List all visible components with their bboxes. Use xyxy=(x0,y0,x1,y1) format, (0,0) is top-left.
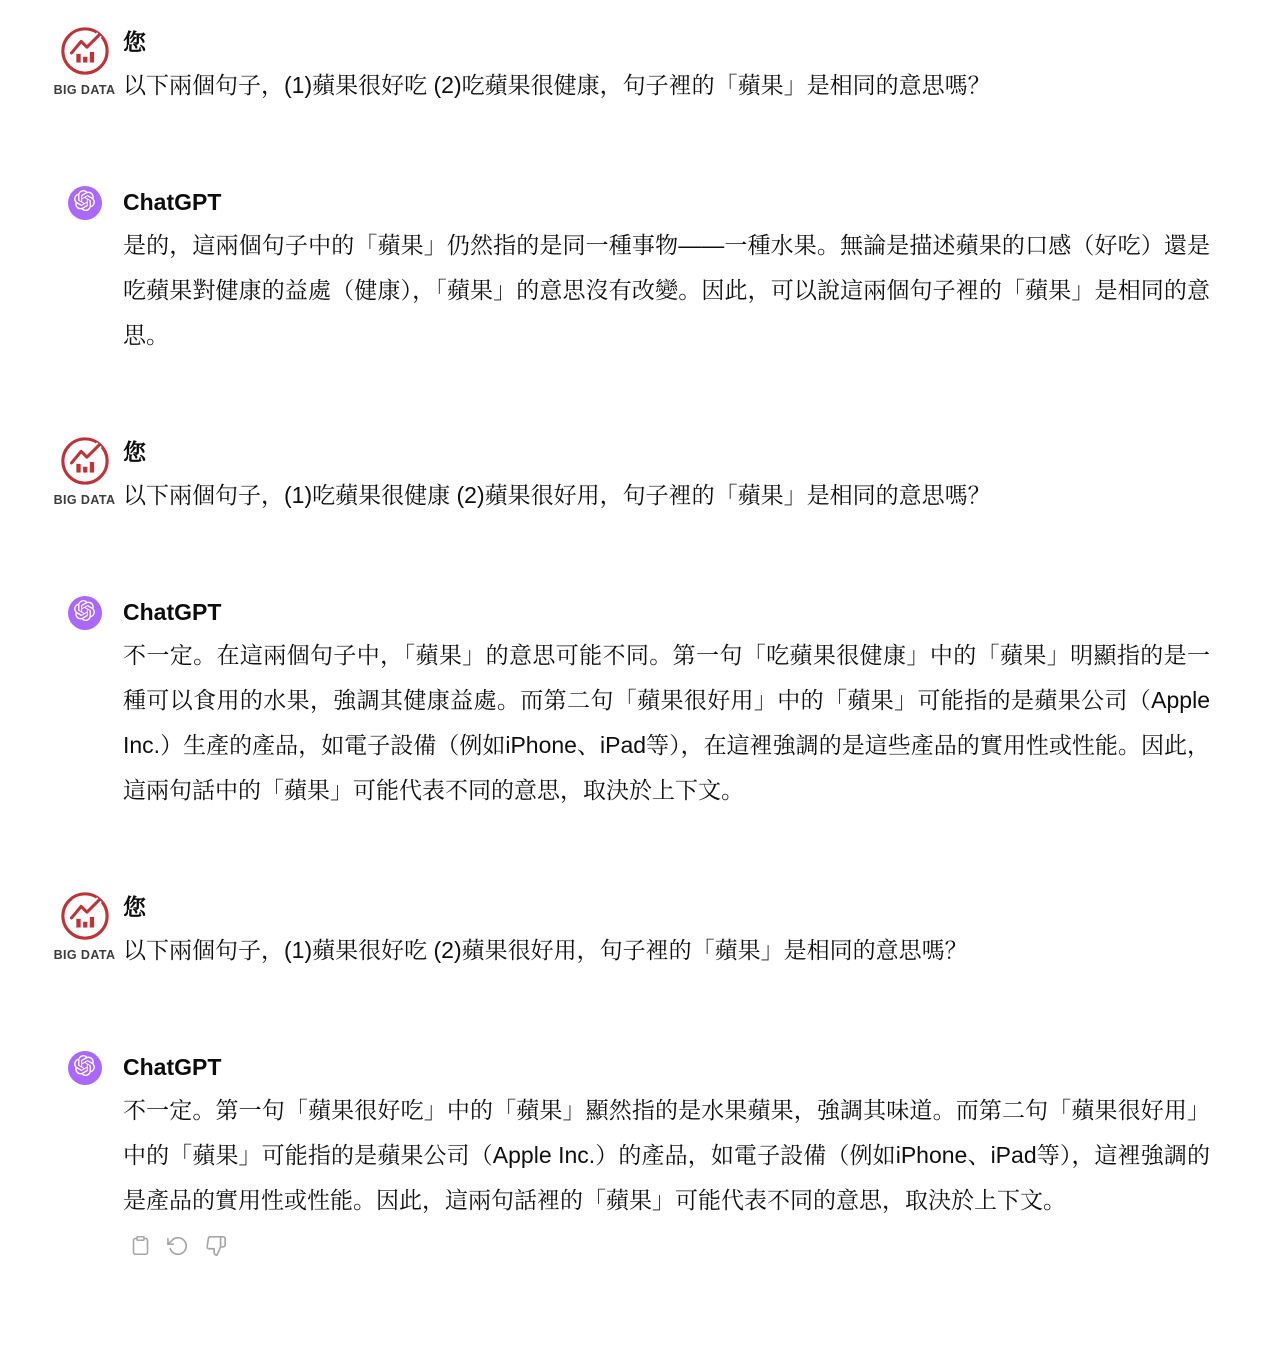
message-author: 您 xyxy=(123,891,1210,923)
message-actions xyxy=(129,1235,1210,1259)
user-message: BIG DATA 您 以下兩個句子，(1)蘋果很好吃 (2)蘋果很好用，句子裡的… xyxy=(46,891,1214,973)
chatgpt-avatar xyxy=(68,1051,102,1085)
message-author: 您 xyxy=(123,436,1210,468)
user-avatar: BIG DATA xyxy=(46,436,123,507)
assistant-message: ChatGPT 是的，這兩個句子中的「蘋果」仍然指的是同一種事物——一種水果。無… xyxy=(46,186,1214,358)
thumbs-down-button[interactable] xyxy=(205,1235,227,1259)
regenerate-button[interactable] xyxy=(167,1235,189,1259)
thumbs-down-icon xyxy=(205,1235,227,1260)
copy-button[interactable] xyxy=(129,1235,151,1259)
big-data-logo xyxy=(60,891,110,946)
user-avatar: BIG DATA xyxy=(46,891,123,962)
big-data-logo-caption: BIG DATA xyxy=(54,83,116,97)
user-message: BIG DATA 您 以下兩個句子，(1)吃蘋果很健康 (2)蘋果很好用，句子裡… xyxy=(46,436,1214,518)
message-text: 以下兩個句子，(1)蘋果很好吃 (2)吃蘋果很健康，句子裡的「蘋果」是相同的意思… xyxy=(123,63,1210,108)
chatgpt-avatar xyxy=(68,186,102,220)
big-data-logo-caption: BIG DATA xyxy=(54,493,116,507)
message-text: 以下兩個句子，(1)吃蘋果很健康 (2)蘋果很好用，句子裡的「蘋果」是相同的意思… xyxy=(123,473,1210,518)
message-text: 不一定。第一句「蘋果很好吃」中的「蘋果」顯然指的是水果蘋果，強調其味道。而第二句… xyxy=(123,1088,1210,1223)
message-author: 您 xyxy=(123,26,1210,58)
big-data-logo xyxy=(60,26,110,81)
chatgpt-avatar xyxy=(68,596,102,630)
openai-logo-icon xyxy=(74,1055,95,1081)
user-message: BIG DATA 您 以下兩個句子，(1)蘋果很好吃 (2)吃蘋果很健康，句子裡… xyxy=(46,26,1214,108)
assistant-message: ChatGPT 不一定。第一句「蘋果很好吃」中的「蘋果」顯然指的是水果蘋果，強調… xyxy=(46,1051,1214,1259)
message-author: ChatGPT xyxy=(123,1051,1210,1083)
openai-logo-icon xyxy=(74,600,95,626)
message-author: ChatGPT xyxy=(123,186,1210,218)
clipboard-copy-icon xyxy=(130,1234,151,1260)
message-text: 以下兩個句子，(1)蘋果很好吃 (2)蘋果很好用，句子裡的「蘋果」是相同的意思嗎… xyxy=(123,928,1210,973)
assistant-message: ChatGPT 不一定。在這兩個句子中，「蘋果」的意思可能不同。第一句「吃蘋果很… xyxy=(46,596,1214,813)
message-author: ChatGPT xyxy=(123,596,1210,628)
message-text: 不一定。在這兩個句子中，「蘋果」的意思可能不同。第一句「吃蘋果很健康」中的「蘋果… xyxy=(123,633,1210,813)
openai-logo-icon xyxy=(74,190,95,216)
big-data-logo-caption: BIG DATA xyxy=(54,948,116,962)
regenerate-rotate-ccw-icon xyxy=(167,1235,189,1260)
big-data-logo xyxy=(60,436,110,491)
user-avatar: BIG DATA xyxy=(46,26,123,97)
message-text: 是的，這兩個句子中的「蘋果」仍然指的是同一種事物——一種水果。無論是描述蘋果的口… xyxy=(123,223,1210,358)
